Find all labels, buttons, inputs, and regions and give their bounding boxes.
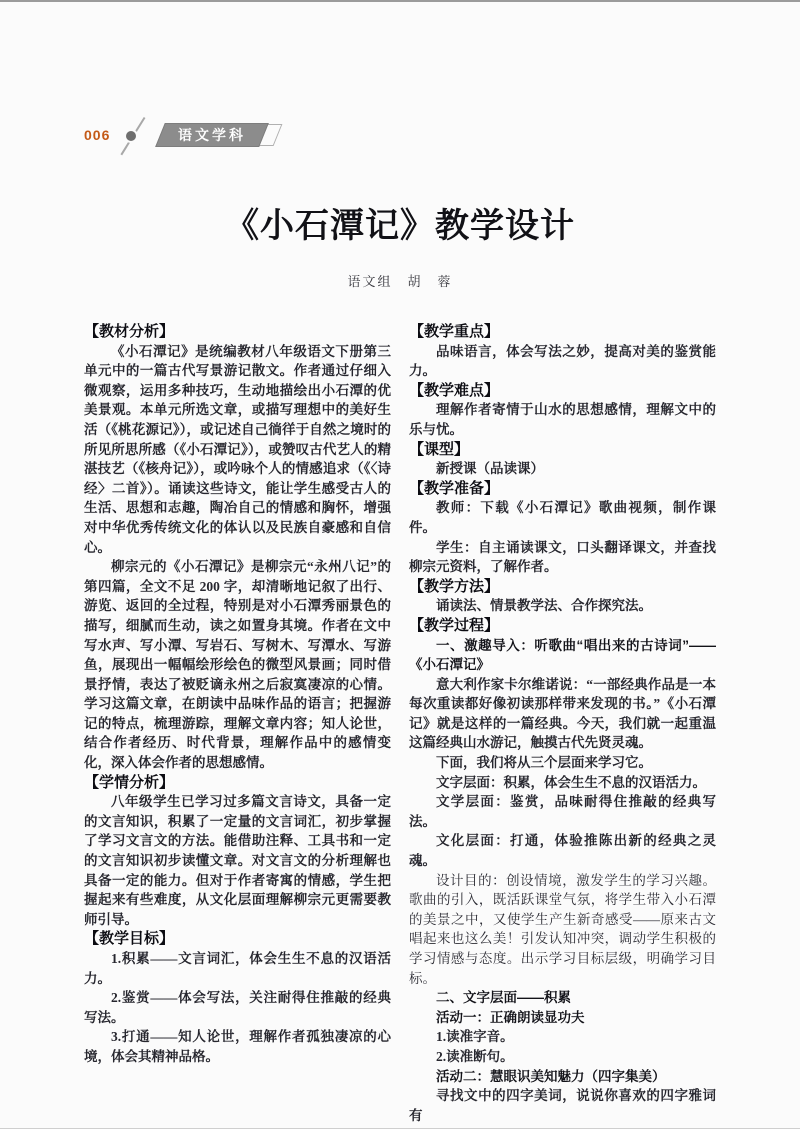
paragraph: 寻找文中的四字美词，说说你喜欢的四字雅词有 (409, 1086, 716, 1125)
paragraph: 1.读准字音。 (409, 1027, 716, 1047)
paragraph: 理解作者寄情于山水的思想感情，理解文中的乐与忧。 (409, 400, 716, 439)
section-heading: 【教材分析】 (84, 322, 391, 342)
subject-badge-label: 语文学科 (178, 125, 246, 145)
section-heading: 【教学难点】 (409, 381, 716, 401)
paragraph: 一、激趣导入：听歌曲“唱出来的古诗词”——《小石潭记》 (409, 636, 716, 675)
paragraph: 《小石潭记》是统编教材八年级语文下册第三单元中的一篇古代写景游记散文。作者通过仔… (84, 342, 391, 558)
paragraph: 意大利作家卡尔维诺说：“一部经典作品是一本每次重读都好像初读那样带来发现的书。”… (409, 675, 716, 753)
paragraph: 活动一：正确朗读显功夫 (409, 1008, 716, 1028)
section-heading: 【课型】 (409, 440, 716, 460)
paragraph: 二、文字层面——积累 (409, 988, 716, 1008)
paragraph: 文字层面：积累，体会生生不息的汉语活力。 (409, 773, 716, 793)
paragraph: 活动二：慧眼识美知魅力（四字集美） (409, 1067, 716, 1087)
paragraph: 1.积累——文言词汇，体会生生不息的汉语活力。 (84, 949, 391, 988)
paragraph: 2.读准断句。 (409, 1047, 716, 1067)
paragraph: 柳宗元的《小石潭记》是柳宗元“永州八记”的第四篇，全文不足 200 字，却清晰地… (84, 557, 391, 773)
paragraph: 诵读法、情景教学法、合作探究法。 (409, 596, 716, 616)
section-heading: 【教学准备】 (409, 479, 716, 499)
paragraph: 文化层面：打通，体验推陈出新的经典之灵魂。 (409, 831, 716, 870)
page-header: 006 语文学科 (84, 118, 716, 152)
section-heading: 【教学过程】 (409, 616, 716, 636)
section-heading: 【学情分析】 (84, 773, 391, 793)
section-heading: 【教学重点】 (409, 322, 716, 342)
paragraph: 设计目的：创设情境，激发学生的学习兴趣。歌曲的引入，既活跃课堂气氛，将学生带入小… (409, 871, 716, 989)
dot-icon (126, 131, 136, 141)
subject-badge: 语文学科 (160, 123, 264, 147)
left-column: 【教材分析】《小石潭记》是统编教材八年级语文下册第三单元中的一篇古代写景游记散文… (84, 322, 391, 1125)
paragraph: 品味语言，体会写法之妙，提高对美的鉴赏能力。 (409, 342, 716, 381)
paragraph: 新授课（品读课） (409, 459, 716, 479)
paragraph: 教师：下载《小石潭记》歌曲视频，制作课件。 (409, 498, 716, 537)
section-heading: 【教学方法】 (409, 577, 716, 597)
document-title: 《小石潭记》教学设计 (84, 198, 716, 247)
paragraph: 八年级学生已学习过多篇文言诗文，具备一定的文言知识，积累了一定量的文言词汇，初步… (84, 792, 391, 929)
paragraph: 2.鉴赏——体会写法，关注耐得住推敲的经典写法。 (84, 988, 391, 1027)
paragraph: 学生：自主诵读课文，口头翻译课文，并查找柳宗元资料，了解作者。 (409, 538, 716, 577)
paragraph: 3.打通——知人论世，理解作者孤独凄凉的心境，体会其精神品格。 (84, 1027, 391, 1066)
subject-badge-shape: 语文学科 (156, 123, 270, 147)
right-column: 【教学重点】品味语言，体会写法之妙，提高对美的鉴赏能力。【教学难点】理解作者寄情… (409, 322, 716, 1125)
slash-dot-ornament-icon (110, 118, 156, 152)
byline: 语文组 胡 蓉 (84, 271, 716, 290)
section-heading: 【教学目标】 (84, 929, 391, 949)
page-number: 006 (84, 127, 110, 143)
paragraph: 下面，我们将从三个层面来学习它。 (409, 753, 716, 773)
two-column-body: 【教材分析】《小石潭记》是统编教材八年级语文下册第三单元中的一篇古代写景游记散文… (84, 322, 716, 1125)
paragraph: 文学层面：鉴赏，品味耐得住推敲的经典写法。 (409, 792, 716, 831)
document-page: 006 语文学科 《小石潭记》教学设计 语文组 胡 蓉 【教材分析】《小石潭记》… (0, 0, 800, 1129)
